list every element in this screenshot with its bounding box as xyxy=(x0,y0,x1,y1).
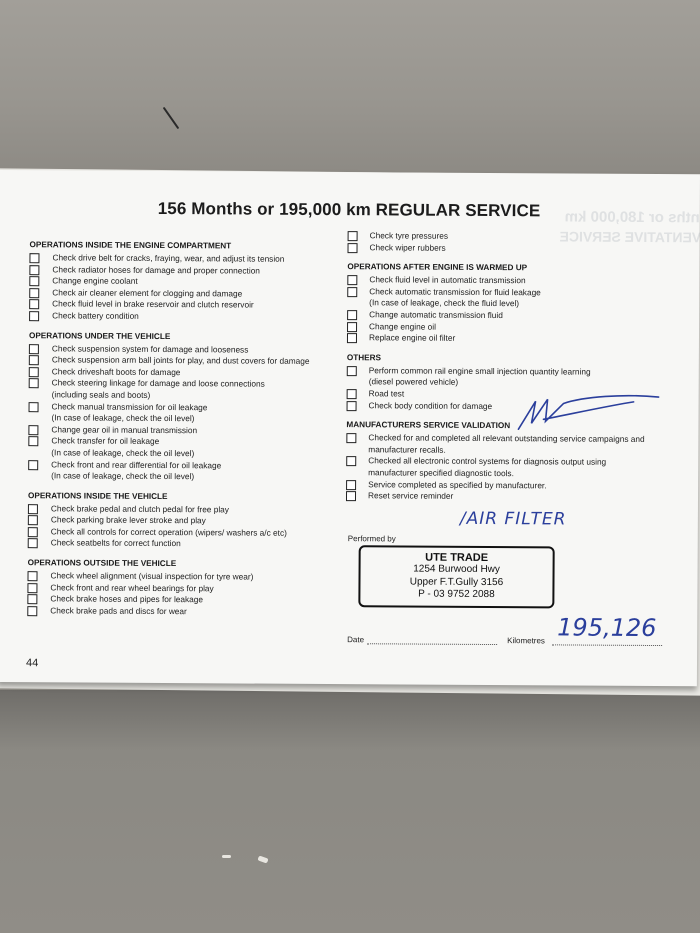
checkbox[interactable] xyxy=(347,322,357,332)
checklist-item-label: Check driveshaft boots for damage xyxy=(52,366,329,379)
checkbox[interactable] xyxy=(347,366,357,376)
checkbox[interactable] xyxy=(28,460,38,470)
checklist-item-label: Check transfer for oil leakage xyxy=(51,436,328,449)
date-label: Date xyxy=(347,635,364,644)
checklist-item-label: Check front and rear differential for oi… xyxy=(51,459,328,472)
checklist-item-label: Change gear oil in manual transmission xyxy=(51,424,328,437)
checkbox[interactable] xyxy=(347,401,357,411)
checklist-item-label: Check suspension system for damage and l… xyxy=(52,343,329,356)
checklist-item-label: Check manual transmission for oil leakag… xyxy=(52,401,329,414)
checkbox[interactable] xyxy=(28,539,38,549)
checkbox[interactable] xyxy=(29,344,39,354)
checkbox-spacer xyxy=(347,298,357,308)
section-heading: OPERATIONS AFTER ENGINE IS WARMED UP xyxy=(347,262,687,273)
checkbox[interactable] xyxy=(29,311,39,321)
checkbox[interactable] xyxy=(27,571,37,581)
checklist-item-label: Check brake pads and discs for wear xyxy=(50,605,327,618)
checkbox[interactable] xyxy=(27,594,37,604)
checkbox[interactable] xyxy=(27,606,37,616)
checkbox-spacer xyxy=(346,445,356,455)
checklist-item-label: Check brake hoses and pipes for leakage xyxy=(50,594,327,607)
checklist-item-label: (In case of leakage, check the oil level… xyxy=(51,447,328,460)
checkbox-spacer xyxy=(29,390,39,400)
checklist-item-label: Check fluid level in brake reservoir and… xyxy=(52,299,329,312)
bleed-through-text: 144 Months or 180,000 km xyxy=(565,208,700,226)
checklist-item-label: (including seals and boots) xyxy=(52,389,329,402)
checkbox[interactable] xyxy=(29,355,39,365)
checkbox[interactable] xyxy=(348,243,358,253)
checkbox[interactable] xyxy=(28,436,38,446)
table-surface-bottom xyxy=(0,690,700,933)
checkbox[interactable] xyxy=(346,480,356,490)
checklist-item-label: Check seatbelts for correct function xyxy=(51,538,328,551)
checklist-item-label: Check front and rear wheel bearings for … xyxy=(50,582,327,595)
checklist-item-label: Check all controls for correct operation… xyxy=(51,526,328,539)
checklist-item-label: Replace engine oil filter xyxy=(369,332,687,345)
checkbox[interactable] xyxy=(29,265,39,275)
surface-speck xyxy=(222,855,231,858)
checkbox[interactable] xyxy=(29,367,39,377)
section-heading: OPERATIONS INSIDE THE VEHICLE xyxy=(28,491,328,502)
stamp-address: 1254 Burwood Hwy xyxy=(361,563,553,577)
checklist-item-label: Check wiper rubbers xyxy=(370,242,688,255)
checkbox[interactable] xyxy=(29,379,39,389)
checklist-item[interactable]: Check battery condition xyxy=(29,310,329,323)
checklist-item[interactable]: Replace engine oil filter xyxy=(347,332,687,346)
performed-by-label: Performed by xyxy=(348,534,396,543)
dealer-stamp: UTE TRADE 1254 Burwood Hwy Upper F.T.Gul… xyxy=(358,545,554,608)
checkbox[interactable] xyxy=(29,276,39,286)
checklist-item-label: Check air cleaner element for clogging a… xyxy=(52,287,329,300)
kilometres-label: Kilometres xyxy=(507,636,545,645)
checkbox-spacer xyxy=(28,448,38,458)
checklist-item[interactable]: Check brake pads and discs for wear xyxy=(27,605,327,618)
checkbox-spacer xyxy=(346,468,356,478)
checkbox-spacer xyxy=(28,471,38,481)
checkbox[interactable] xyxy=(347,275,357,285)
checklist-item-label: Check steering linkage for damage and lo… xyxy=(52,378,329,391)
checkbox[interactable] xyxy=(346,456,356,466)
right-checklist-column: Check tyre pressuresCheck wiper rubbersO… xyxy=(346,230,688,504)
checklist-item: (In case of leakage, check the oil level… xyxy=(28,470,328,483)
checkbox-spacer xyxy=(347,377,357,387)
checklist-item-label: Check wheel alignment (visual inspection… xyxy=(50,570,327,583)
checkbox[interactable] xyxy=(347,333,357,343)
checkbox[interactable] xyxy=(347,389,357,399)
handwritten-note: /AIR FILTER xyxy=(460,509,567,530)
checkbox[interactable] xyxy=(347,287,357,297)
checklist-item-label: Reset service reminder xyxy=(368,490,686,503)
checkbox[interactable] xyxy=(28,515,38,525)
date-field-line xyxy=(367,643,497,645)
checkbox[interactable] xyxy=(29,300,39,310)
checkbox[interactable] xyxy=(346,433,356,443)
checkbox[interactable] xyxy=(348,231,358,241)
checkbox[interactable] xyxy=(347,310,357,320)
section-heading: OPERATIONS OUTSIDE THE VEHICLE xyxy=(28,558,328,569)
left-checklist-column: OPERATIONS INSIDE THE ENGINE COMPARTMENT… xyxy=(27,240,329,618)
table-surface-top xyxy=(0,0,700,175)
checklist-item[interactable]: Reset service reminder xyxy=(346,490,686,504)
handwritten-kilometres: 195,126 xyxy=(557,613,656,642)
checkbox[interactable] xyxy=(28,527,38,537)
checklist-item-label: Check drive belt for cracks, fraying, we… xyxy=(52,252,329,265)
checklist-item-label: Change engine coolant xyxy=(52,276,329,289)
checkbox[interactable] xyxy=(29,288,39,298)
checkbox[interactable] xyxy=(28,425,38,435)
page-number: 44 xyxy=(26,657,38,669)
checkbox[interactable] xyxy=(29,402,39,412)
checklist-item-label: Check parking brake lever stroke and pla… xyxy=(51,515,328,528)
stamp-suburb: Upper F.T.Gully 3156 xyxy=(360,576,552,590)
checklist-item[interactable]: Check wiper rubbers xyxy=(347,242,687,256)
checklist-item-label: Check suspension arm ball joints for pla… xyxy=(52,354,329,367)
checkbox[interactable] xyxy=(28,504,38,514)
checklist-item-label: (In case of leakage, check the oil level… xyxy=(51,412,328,425)
checkbox[interactable] xyxy=(29,253,39,263)
checklist-item-label: Check battery condition xyxy=(52,310,329,323)
checkbox[interactable] xyxy=(27,583,37,593)
stamp-phone: P - 03 9752 2088 xyxy=(360,588,552,602)
checklist-item-label: Check brake pedal and clutch pedal for f… xyxy=(51,503,328,516)
signature-icon xyxy=(513,391,663,437)
section-heading: OPERATIONS UNDER THE VEHICLE xyxy=(29,331,329,342)
checkbox-spacer xyxy=(28,413,38,423)
service-book-page: 144 Months or 180,000 km PREVENTATIVE SE… xyxy=(0,170,700,686)
checklist-item[interactable]: Check seatbelts for correct function xyxy=(28,538,328,551)
kilometres-field-line xyxy=(552,644,662,646)
page-title: 156 Months or 195,000 km REGULAR SERVICE xyxy=(158,199,541,221)
section-heading: OPERATIONS INSIDE THE ENGINE COMPARTMENT xyxy=(30,240,330,251)
checklist-item-label: (In case of leakage, check the oil level… xyxy=(51,470,328,483)
checkbox[interactable] xyxy=(346,491,356,501)
checklist-item-label: Check radiator hoses for damage and prop… xyxy=(52,264,329,277)
section-heading: OTHERS xyxy=(347,353,687,364)
